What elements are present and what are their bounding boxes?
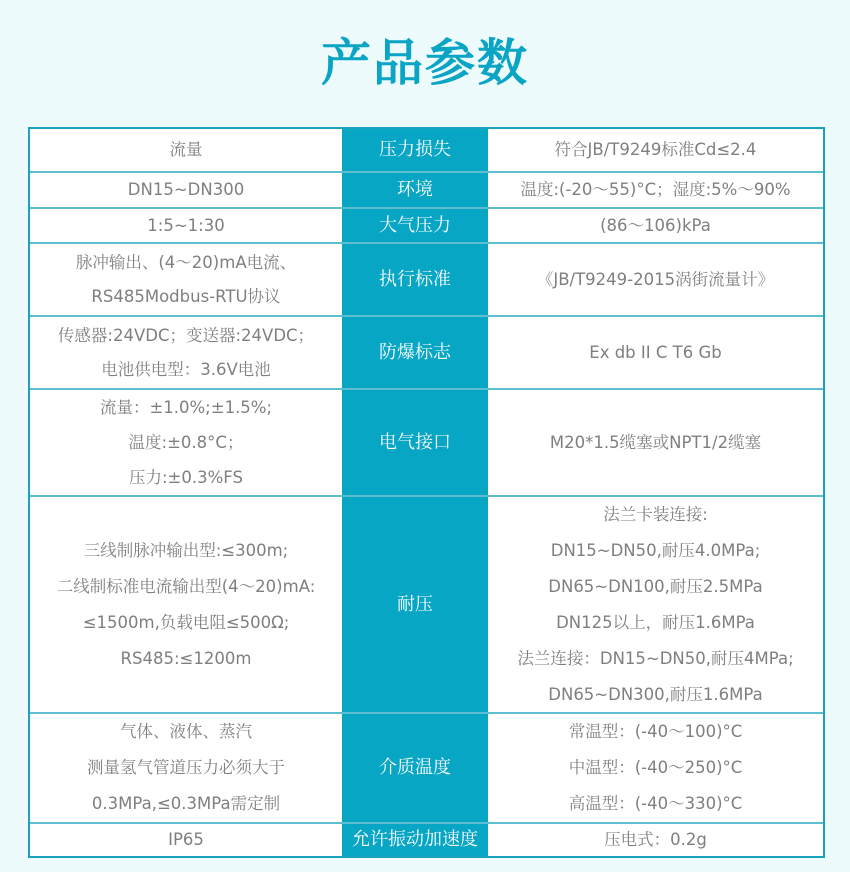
spec-value-right: 《JB/T9249-2015涡街流量计》 bbox=[488, 244, 823, 315]
cell-text: 法兰连接：DN15~DN50,耐压4MPa; bbox=[517, 641, 793, 677]
label-text: 大气压力 bbox=[379, 209, 451, 242]
cell-text: DN15~DN50,耐压4.0MPa; bbox=[551, 533, 761, 569]
cell-text: 符合JB/T9249标准Cd≤2.4 bbox=[555, 131, 757, 169]
table-row: 脉冲输出、(4～20)mA电流、 RS485Modbus-RTU协议 执行标准 … bbox=[30, 242, 823, 315]
cell-text: DN65~DN100,耐压2.5MPa bbox=[548, 569, 762, 605]
cell-text: 压力:±0.3%FS bbox=[129, 460, 243, 495]
cell-text: 三线制脉冲输出型:≤300m; bbox=[84, 533, 289, 569]
cell-text: 0.3MPa,≤0.3MPa需定制 bbox=[92, 786, 280, 822]
cell-text: IP65 bbox=[168, 824, 204, 856]
page-title: 产品参数 bbox=[0, 30, 850, 96]
spec-value-left: 流量：±1.0%;±1.5%; 温度:±0.8°C； 压力:±0.3%FS bbox=[30, 390, 342, 495]
cell-text: 传感器:24VDC；变送器:24VDC； bbox=[58, 319, 314, 353]
label-text: 压力损失 bbox=[379, 131, 451, 169]
spec-label: 电气接口 bbox=[342, 390, 488, 495]
cell-text: 二线制标准电流输出型(4～20)mA: bbox=[57, 569, 316, 605]
table-row: 传感器:24VDC；变送器:24VDC； 电池供电型：3.6V电池 防爆标志 E… bbox=[30, 315, 823, 388]
spec-label: 允许振动加速度 bbox=[342, 824, 488, 856]
cell-text: M20*1.5缆塞或NPT1/2缆塞 bbox=[550, 425, 761, 460]
cell-text: RS485:≤1200m bbox=[121, 641, 252, 677]
table-row: 气体、液体、蒸汽 测量氢气管道压力必须大于 0.3MPa,≤0.3MPa需定制 … bbox=[30, 712, 823, 822]
spec-value-left: 三线制脉冲输出型:≤300m; 二线制标准电流输出型(4～20)mA: ≤150… bbox=[30, 497, 342, 712]
spec-label: 执行标准 bbox=[342, 244, 488, 315]
label-text: 防爆标志 bbox=[379, 336, 451, 370]
spec-value-left: IP65 bbox=[30, 824, 342, 856]
spec-value-right: 压电式：0.2g bbox=[488, 824, 823, 856]
cell-text: 压电式：0.2g bbox=[604, 824, 707, 856]
cell-text: DN125以上，耐压1.6MPa bbox=[556, 605, 755, 641]
spec-value-left: 1:5~1:30 bbox=[30, 209, 342, 242]
table-row: 流量 压力损失 符合JB/T9249标准Cd≤2.4 bbox=[30, 129, 823, 171]
cell-text: DN65~DN300,耐压1.6MPa bbox=[548, 677, 762, 713]
table-row: DN15~DN300 环境 温度:(-20～55)°C；湿度:5%～90% bbox=[30, 171, 823, 207]
cell-text: 气体、液体、蒸汽 bbox=[120, 714, 252, 750]
label-text: 环境 bbox=[397, 173, 433, 207]
spec-value-left: DN15~DN300 bbox=[30, 173, 342, 207]
spec-value-left: 传感器:24VDC；变送器:24VDC； 电池供电型：3.6V电池 bbox=[30, 317, 342, 388]
cell-text: 中温型：(-40～250)°C bbox=[569, 750, 743, 786]
table-row: 1:5~1:30 大气压力 (86～106)kPa bbox=[30, 207, 823, 242]
cell-text: (86～106)kPa bbox=[600, 209, 711, 242]
spec-value-left: 脉冲输出、(4～20)mA电流、 RS485Modbus-RTU协议 bbox=[30, 244, 342, 315]
cell-text: 流量 bbox=[170, 131, 203, 169]
spec-label: 环境 bbox=[342, 173, 488, 207]
cell-text: ≤1500m,负载电阻≤500Ω; bbox=[83, 605, 290, 641]
spec-label: 大气压力 bbox=[342, 209, 488, 242]
spec-value-right: 法兰卡装连接: DN15~DN50,耐压4.0MPa; DN65~DN100,耐… bbox=[488, 497, 823, 712]
cell-text: RS485Modbus-RTU协议 bbox=[91, 280, 280, 314]
cell-text: 测量氢气管道压力必须大于 bbox=[87, 750, 285, 786]
spec-label: 介质温度 bbox=[342, 714, 488, 822]
label-text: 介质温度 bbox=[379, 750, 451, 786]
label-text: 电气接口 bbox=[379, 425, 451, 460]
spec-label: 防爆标志 bbox=[342, 317, 488, 388]
cell-text: 1:5~1:30 bbox=[147, 209, 224, 242]
spec-table: 流量 压力损失 符合JB/T9249标准Cd≤2.4 DN15~DN300 环境… bbox=[28, 127, 825, 858]
label-text: 执行标准 bbox=[379, 263, 451, 297]
cell-text: DN15~DN300 bbox=[128, 173, 244, 207]
spec-value-left: 流量 bbox=[30, 129, 342, 171]
cell-text: 脉冲输出、(4～20)mA电流、 bbox=[76, 246, 296, 280]
spec-value-left: 气体、液体、蒸汽 测量氢气管道压力必须大于 0.3MPa,≤0.3MPa需定制 bbox=[30, 714, 342, 822]
cell-text: 高温型：(-40～330)°C bbox=[569, 786, 743, 822]
cell-text: 流量：±1.0%;±1.5%; bbox=[100, 390, 272, 425]
spec-value-right: 温度:(-20～55)°C；湿度:5%～90% bbox=[488, 173, 823, 207]
table-row: IP65 允许振动加速度 压电式：0.2g bbox=[30, 822, 823, 856]
label-text: 耐压 bbox=[397, 587, 433, 623]
spec-label: 压力损失 bbox=[342, 129, 488, 171]
label-text: 允许振动加速度 bbox=[352, 824, 478, 856]
cell-text: 常温型：(-40～100)°C bbox=[569, 714, 743, 750]
cell-text: 《JB/T9249-2015涡街流量计》 bbox=[537, 263, 774, 297]
cell-text: Ex db II C T6 Gb bbox=[589, 336, 721, 370]
spec-value-right: 符合JB/T9249标准Cd≤2.4 bbox=[488, 129, 823, 171]
cell-text: 电池供电型：3.6V电池 bbox=[101, 353, 271, 387]
spec-value-right: (86～106)kPa bbox=[488, 209, 823, 242]
cell-text: 温度:(-20～55)°C；湿度:5%～90% bbox=[520, 173, 790, 207]
spec-value-right: M20*1.5缆塞或NPT1/2缆塞 bbox=[488, 390, 823, 495]
spec-label: 耐压 bbox=[342, 497, 488, 712]
cell-text: 法兰卡装连接: bbox=[603, 497, 708, 533]
spec-value-right: 常温型：(-40～100)°C 中温型：(-40～250)°C 高温型：(-40… bbox=[488, 714, 823, 822]
table-row: 三线制脉冲输出型:≤300m; 二线制标准电流输出型(4～20)mA: ≤150… bbox=[30, 495, 823, 712]
cell-text: 温度:±0.8°C； bbox=[129, 425, 244, 460]
spec-value-right: Ex db II C T6 Gb bbox=[488, 317, 823, 388]
table-row: 流量：±1.0%;±1.5%; 温度:±0.8°C； 压力:±0.3%FS 电气… bbox=[30, 388, 823, 495]
